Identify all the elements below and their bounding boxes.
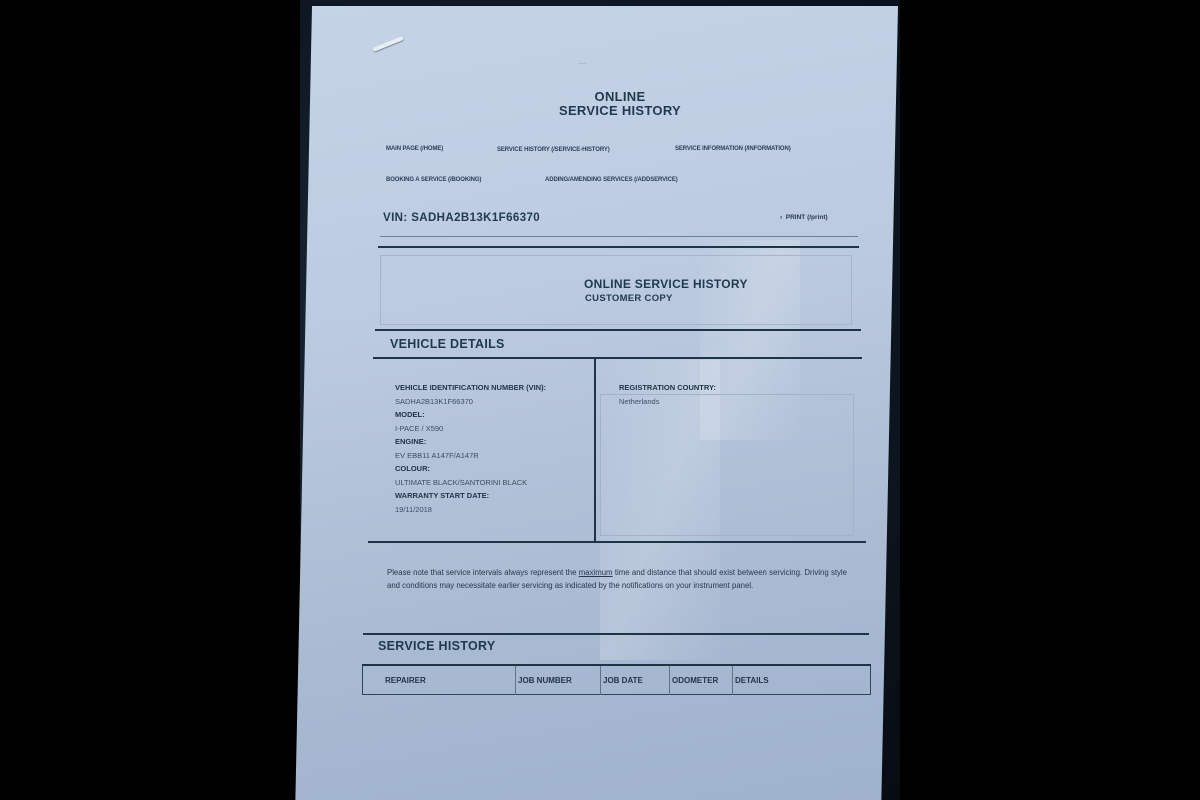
banner-subtitle: CUSTOMER COPY — [585, 293, 673, 304]
page-title-line2: SERVICE HISTORY — [540, 104, 700, 118]
column-divider — [594, 359, 596, 541]
vin-value: SADHA2B13K1F66370 — [395, 395, 546, 409]
note-emphasis: maximum — [579, 568, 613, 577]
table-header-row: REPAIRER JOB NUMBER JOB DATE ODOMETER DE… — [363, 665, 871, 695]
vin-heading: VIN: SADHA2B13K1F66370 — [383, 212, 540, 224]
column-header-odometer[interactable]: ODOMETER — [670, 665, 733, 695]
vehicle-details-left: VEHICLE IDENTIFICATION NUMBER (VIN): SAD… — [395, 381, 546, 516]
colour-label: COLOUR: — [395, 462, 546, 476]
note-text: Please note that service intervals alway… — [387, 568, 579, 577]
model-value: I-PACE / X590 — [395, 422, 546, 436]
vehicle-details-right: REGISTRATION COUNTRY: Netherlands — [619, 381, 716, 408]
divider-thick — [368, 541, 866, 543]
nav-link-home[interactable]: MAIN PAGE (/HOME) — [386, 146, 443, 152]
faint-header-text: … — [578, 56, 588, 66]
vehicle-details-title: VEHICLE DETAILS — [390, 337, 505, 351]
nav-link-information[interactable]: SERVICE INFORMATION (/INFORMATION) — [675, 146, 791, 152]
divider-thick — [375, 329, 861, 331]
print-link[interactable]: › PRINT (/print) — [780, 214, 828, 221]
print-label: PRINT (/print) — [786, 214, 828, 221]
warranty-label: WARRANTY START DATE: — [395, 489, 546, 503]
column-header-job-date[interactable]: JOB DATE — [601, 665, 670, 695]
engine-value: EV EBB11 A147F/A147R — [395, 449, 546, 463]
nav-link-service-history[interactable]: SERVICE HISTORY (/SERVICE-HISTORY) — [497, 147, 610, 153]
model-label: MODEL: — [395, 408, 546, 422]
nav-link-addservice[interactable]: ADDING/AMENDING SERVICES (/ADDSERVICE) — [545, 177, 678, 183]
warranty-value: 19/11/2018 — [395, 503, 546, 517]
column-header-repairer[interactable]: REPAIRER — [363, 665, 516, 695]
faint-bleedthrough-frame — [600, 394, 854, 536]
column-header-job-number[interactable]: JOB NUMBER — [516, 665, 601, 695]
divider-thick — [373, 357, 862, 359]
divider-thick — [363, 633, 869, 635]
colour-value: ULTIMATE BLACK/SANTORINI BLACK — [395, 476, 546, 490]
registration-country-value: Netherlands — [619, 395, 716, 409]
vin-label: VEHICLE IDENTIFICATION NUMBER (VIN): — [395, 381, 546, 395]
nav-link-booking[interactable]: BOOKING A SERVICE (/BOOKING) — [386, 177, 481, 183]
service-history-title: SERVICE HISTORY — [378, 639, 496, 653]
divider — [380, 236, 858, 237]
page-title-line1: ONLINE — [540, 90, 700, 104]
registration-country-label: REGISTRATION COUNTRY: — [619, 381, 716, 395]
service-interval-note: Please note that service intervals alway… — [387, 566, 847, 592]
engine-label: ENGINE: — [395, 435, 546, 449]
service-history-table: REPAIRER JOB NUMBER JOB DATE ODOMETER DE… — [362, 664, 871, 695]
column-header-details[interactable]: DETAILS — [733, 665, 871, 695]
page-title: ONLINE SERVICE HISTORY — [540, 90, 700, 118]
divider-thick — [378, 246, 859, 248]
banner-title: ONLINE SERVICE HISTORY — [584, 277, 748, 291]
